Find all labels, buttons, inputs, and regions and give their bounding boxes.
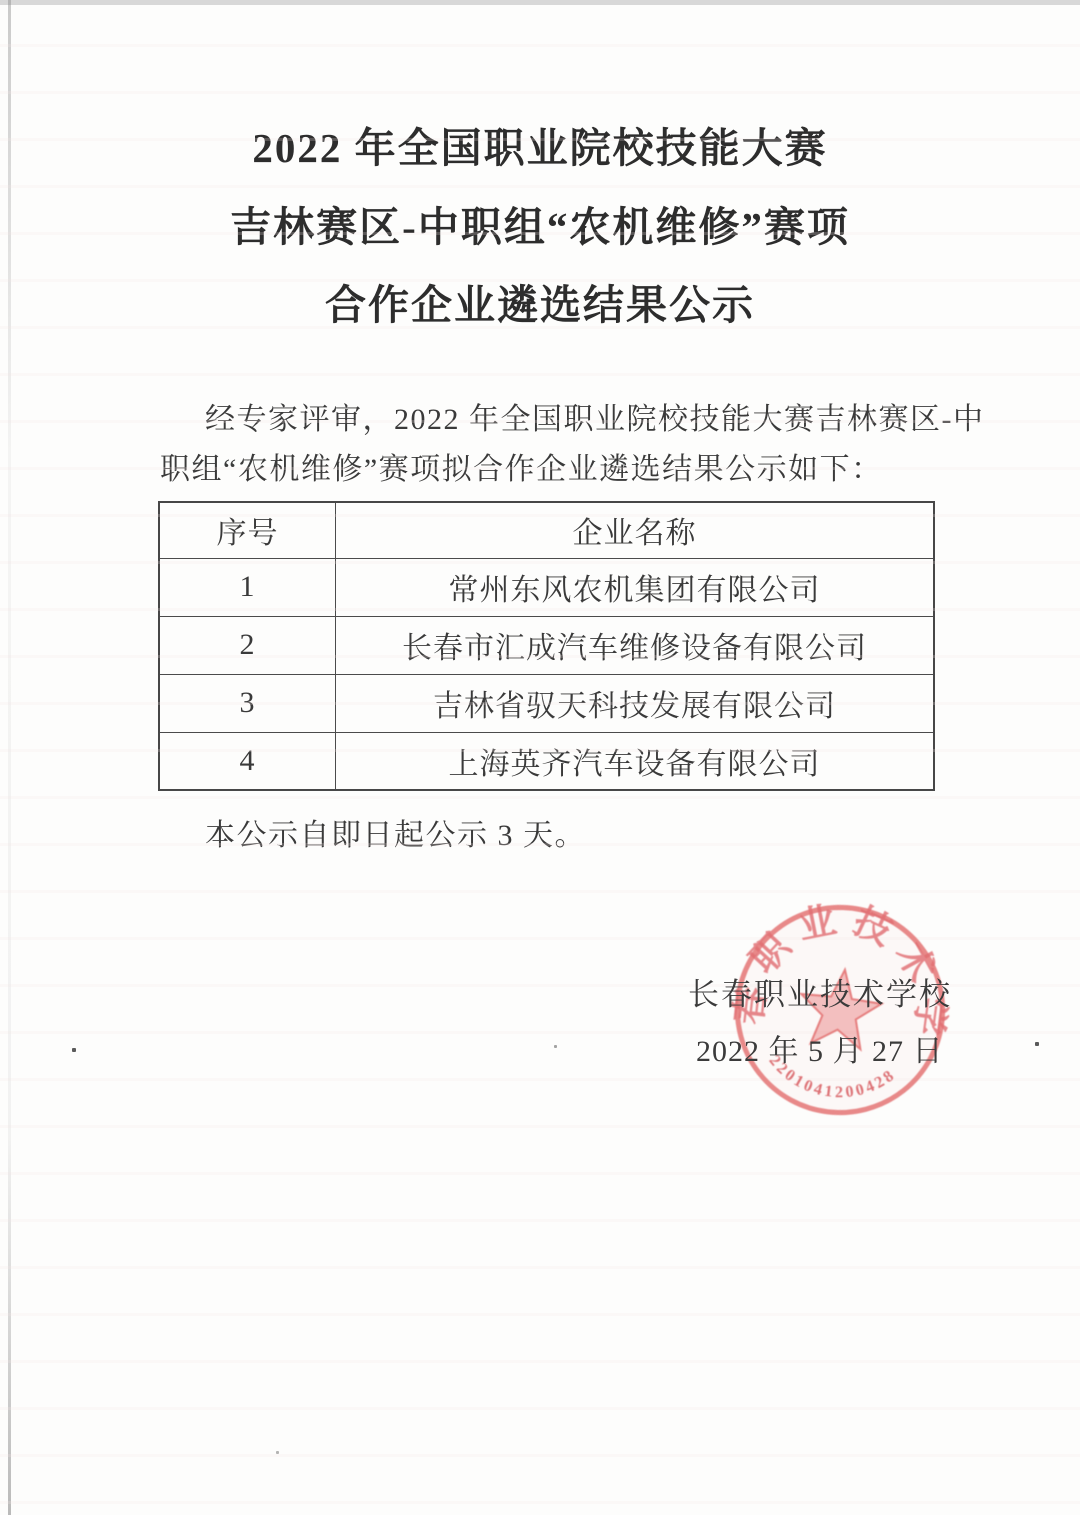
body-paragraph-line-2: 职组“农机维修”赛项拟合作企业遴选结果公示如下：	[160, 452, 950, 502]
table-header-company: 企业名称	[336, 502, 935, 558]
body-paragraph: 经专家评审，2022 年全国职业院校技能大赛吉林赛区-中 职组“农机维修”赛项拟…	[160, 402, 950, 502]
scan-speck	[276, 1451, 279, 1454]
table-cell-seq: 3	[159, 674, 336, 732]
table-row: 4 上海英齐汽车设备有限公司	[159, 732, 934, 790]
table-row: 3 吉林省驭天科技发展有限公司	[159, 674, 934, 732]
table-header-row: 序号 企业名称	[159, 502, 934, 558]
table-row: 2 长春市汇成汽车维修设备有限公司	[159, 616, 934, 674]
scan-speck	[72, 1048, 76, 1052]
scanned-document-page: 2022 年全国职业院校技能大赛 吉林赛区-中职组“农机维修”赛项 合作企业遴选…	[0, 0, 1080, 1515]
document-title-line-2: 吉林赛区-中职组“农机维修”赛项	[0, 205, 1080, 249]
scan-speck	[554, 1045, 557, 1048]
document-title-line-1: 2022 年全国职业院校技能大赛	[0, 126, 1080, 170]
table-row: 1 常州东风农机集团有限公司	[159, 558, 934, 616]
body-paragraph-line-1: 经专家评审，2022 年全国职业院校技能大赛吉林赛区-中	[160, 402, 950, 452]
signature-organization: 长春职业技术学校	[688, 969, 952, 1014]
table-cell-seq: 1	[159, 558, 336, 616]
signature-date: 2022 年 5 月 27 日	[696, 1026, 944, 1070]
document-title-line-3: 合作企业遴选结果公示	[0, 283, 1080, 327]
table-cell-seq: 2	[159, 616, 336, 674]
table-cell-company: 长春市汇成汽车维修设备有限公司	[336, 616, 935, 674]
table-cell-company: 常州东风农机集团有限公司	[336, 558, 935, 616]
publicity-period-note: 本公示自即日起公示 3 天。	[205, 810, 586, 854]
table-cell-seq: 4	[159, 732, 336, 790]
enterprise-selection-table: 序号 企业名称 1 常州东风农机集团有限公司 2 长春市汇成汽车维修设备有限公司…	[158, 501, 935, 791]
table-cell-company: 上海英齐汽车设备有限公司	[336, 732, 935, 790]
scan-edge-top	[0, 0, 1080, 5]
table-cell-company: 吉林省驭天科技发展有限公司	[336, 674, 935, 732]
scan-speck	[1035, 1042, 1039, 1046]
table-header-seq: 序号	[159, 502, 336, 558]
